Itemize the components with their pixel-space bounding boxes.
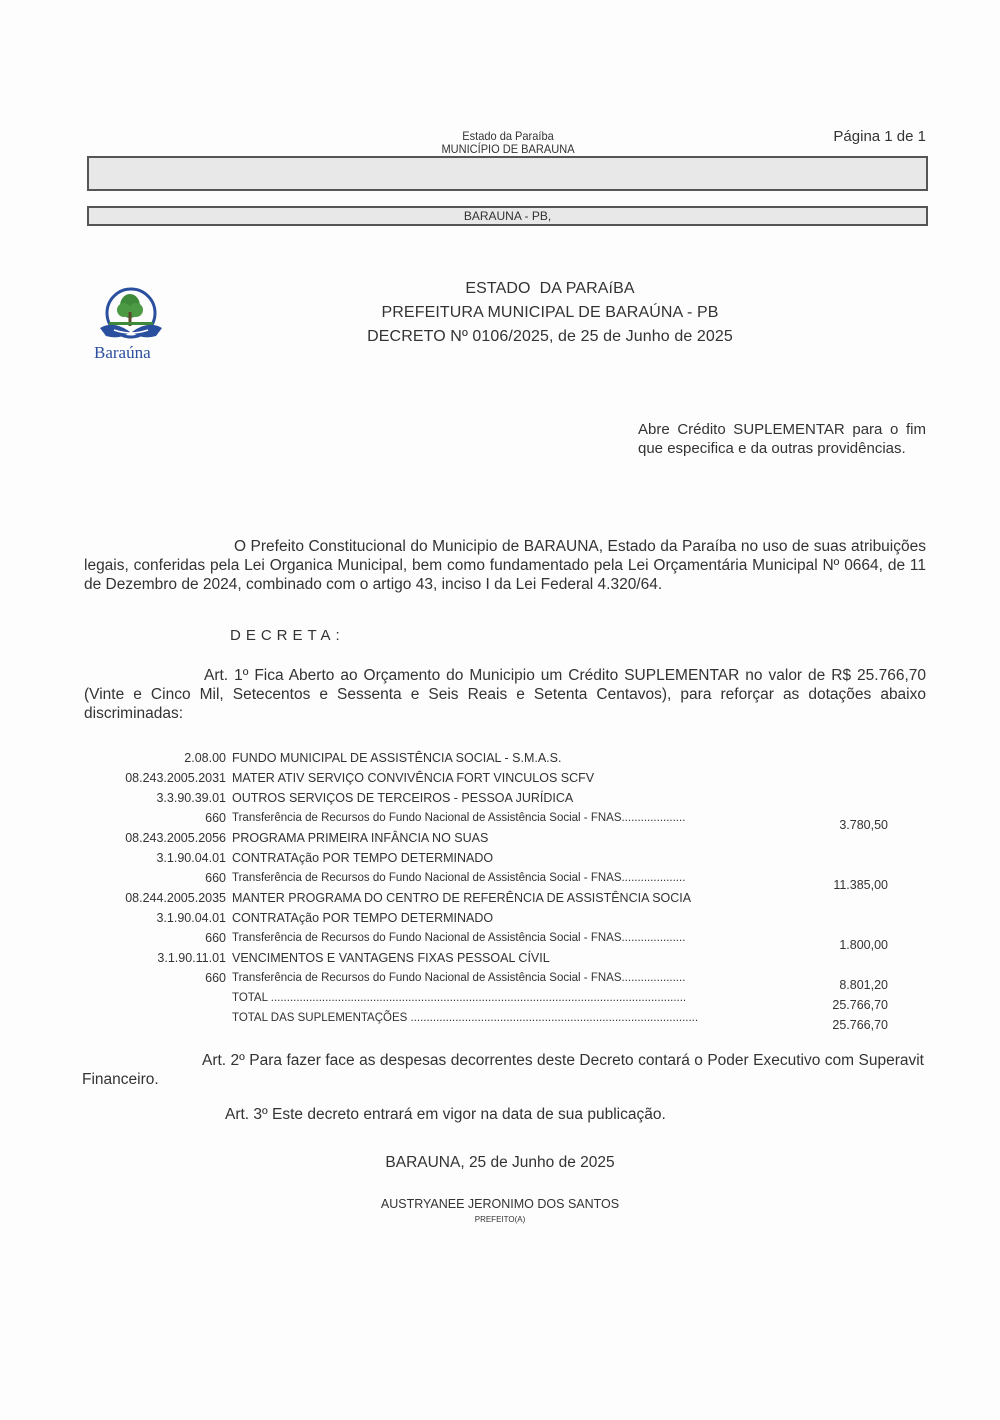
- title-state: ESTADO DA PARAíBA: [300, 277, 800, 301]
- title-prefecture: PREFEITURA MUNICIPAL DE BARAÚNA - PB: [300, 301, 800, 325]
- grand-total-value: 25.766,70: [832, 1015, 888, 1035]
- allocation-code: 3.3.90.39.01: [100, 788, 232, 808]
- allocation-description: Transferência de Recursos do Fundo Nacio…: [232, 868, 777, 888]
- allocation-description: Transferência de Recursos do Fundo Nacio…: [232, 808, 777, 828]
- total-label: TOTAL ..................................…: [232, 988, 777, 1008]
- article-2-text: Art. 2º Para fazer face as despesas deco…: [82, 1052, 924, 1088]
- decreta-heading: DECRETA:: [230, 627, 345, 644]
- allocation-code: 3.1.90.11.01: [100, 948, 232, 968]
- allocation-description: CONTRATAção POR TEMPO DETERMINADO: [232, 908, 777, 928]
- allocation-description: PROGRAMA PRIMEIRA INFÂNCIA NO SUAS: [232, 828, 777, 848]
- allocation-description: MANTER PROGRAMA DO CENTRO DE REFERÊNCIA …: [232, 888, 777, 908]
- allocation-code: 08.244.2005.2035: [100, 888, 232, 908]
- allocation-code: 660: [100, 808, 232, 828]
- allocation-row: 3.1.90.04.01CONTRATAção POR TEMPO DETERM…: [100, 848, 900, 868]
- allocation-description: MATER ATIV SERVIÇO CONVIVÊNCIA FORT VINC…: [232, 768, 777, 788]
- header-empty-box: [87, 156, 928, 191]
- allocation-row: 660Transferência de Recursos do Fundo Na…: [100, 968, 900, 988]
- logo-text: Baraúna: [94, 343, 151, 363]
- allocation-description: FUNDO MUNICIPAL DE ASSISTÊNCIA SOCIAL - …: [232, 748, 777, 768]
- allocation-row: 08.243.2005.2056PROGRAMA PRIMEIRA INFÂNC…: [100, 828, 900, 848]
- allocation-description: OUTROS SERVIÇOS DE TERCEIROS - PESSOA JU…: [232, 788, 777, 808]
- decree-title-block: ESTADO DA PARAíBA PREFEITURA MUNICIPAL D…: [300, 277, 800, 349]
- ementa: Abre Crédito SUPLEMENTAR para o fim que …: [638, 420, 926, 458]
- article-1-text: Art. 1º Fica Aberto ao Orçamento do Muni…: [84, 667, 926, 722]
- page-indicator: Página 1 de 1: [833, 128, 926, 145]
- preamble-paragraph: O Prefeito Constitucional do Municipio d…: [84, 537, 926, 594]
- allocation-row: 3.1.90.11.01VENCIMENTOS E VANTAGENS FIXA…: [100, 948, 900, 968]
- allocation-row: 2.08.00FUNDO MUNICIPAL DE ASSISTÊNCIA SO…: [100, 748, 900, 768]
- total-row: TOTAL ..................................…: [100, 988, 900, 1008]
- allocation-row: 3.3.90.39.01OUTROS SERVIÇOS DE TERCEIROS…: [100, 788, 900, 808]
- allocation-code: 660: [100, 968, 232, 988]
- article-1: Art. 1º Fica Aberto ao Orçamento do Muni…: [84, 666, 926, 723]
- allocation-description: Transferência de Recursos do Fundo Nacio…: [232, 968, 777, 988]
- allocation-row: 660Transferência de Recursos do Fundo Na…: [100, 928, 900, 948]
- article-2: Art. 2º Para fazer face as despesas deco…: [82, 1051, 924, 1089]
- allocation-table: 2.08.00FUNDO MUNICIPAL DE ASSISTÊNCIA SO…: [100, 748, 900, 1028]
- header-location-box: BARAUNA - PB,: [87, 206, 928, 226]
- place-date: BARAUNA, 25 de Junho de 2025: [0, 1154, 1000, 1172]
- preamble-text: O Prefeito Constitucional do Municipio d…: [84, 538, 926, 593]
- allocation-row: 3.1.90.04.01CONTRATAção POR TEMPO DETERM…: [100, 908, 900, 928]
- allocation-code: 660: [100, 928, 232, 948]
- allocation-row: 660Transferência de Recursos do Fundo Na…: [100, 808, 900, 828]
- allocation-code: 08.243.2005.2056: [100, 828, 232, 848]
- allocation-code: 2.08.00: [100, 748, 232, 768]
- allocation-row: 660Transferência de Recursos do Fundo Na…: [100, 868, 900, 888]
- grand-total-label: TOTAL DAS SUPLEMENTAÇÕES ...............…: [232, 1008, 777, 1028]
- article-3: Art. 3º Este decreto entrará em vigor na…: [225, 1106, 666, 1124]
- allocation-row: 08.243.2005.2031MATER ATIV SERVIÇO CONVI…: [100, 768, 900, 788]
- title-decree-number: DECRETO Nº 0106/2025, de 25 de Junho de …: [300, 325, 800, 349]
- signer-role: PREFEITO(A): [0, 1215, 1000, 1224]
- allocation-code: 3.1.90.04.01: [100, 848, 232, 868]
- grand-total-row: TOTAL DAS SUPLEMENTAÇÕES ...............…: [100, 1008, 900, 1028]
- allocation-description: CONTRATAção POR TEMPO DETERMINADO: [232, 848, 777, 868]
- allocation-description: VENCIMENTOS E VANTAGENS FIXAS PESSOAL CÍ…: [232, 948, 777, 968]
- allocation-description: Transferência de Recursos do Fundo Nacio…: [232, 928, 777, 948]
- allocation-code: 08.243.2005.2031: [100, 768, 232, 788]
- allocation-code: 3.1.90.04.01: [100, 908, 232, 928]
- allocation-code: 660: [100, 868, 232, 888]
- signer-name: AUSTRYANEE JERONIMO DOS SANTOS: [0, 1197, 1000, 1211]
- allocation-row: 08.244.2005.2035MANTER PROGRAMA DO CENTR…: [100, 888, 900, 908]
